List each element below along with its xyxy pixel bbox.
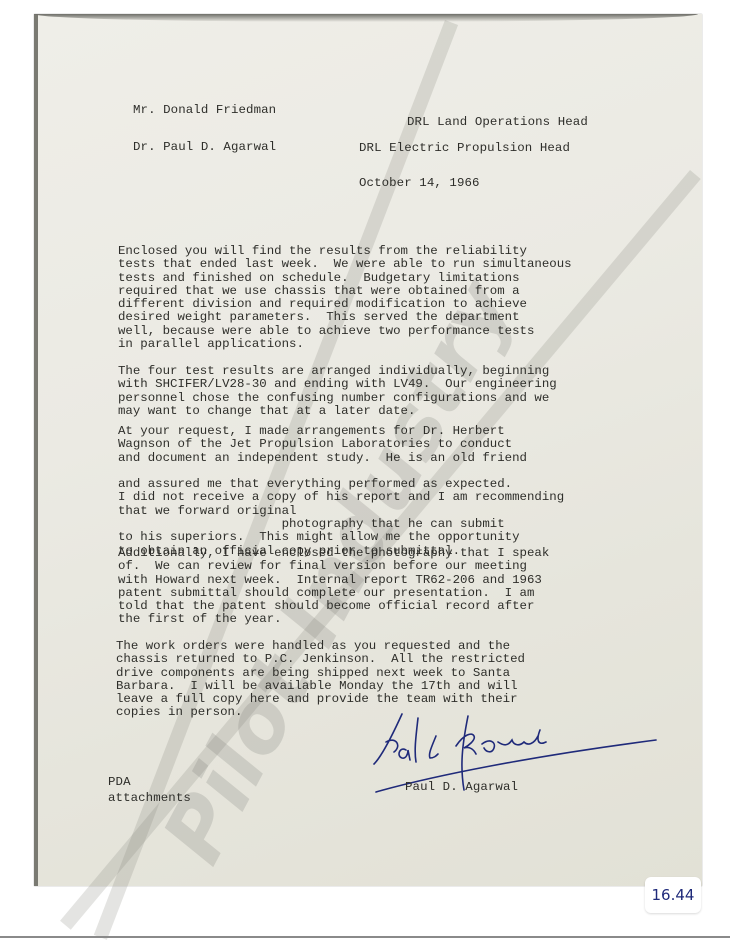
body-paragraph-1: Enclosed you will find the results from … [118, 245, 572, 351]
bottom-rule [0, 936, 730, 938]
typed-signature-name: Paul D. Agarwal [405, 781, 518, 794]
enclosure-note: attachments [108, 792, 191, 805]
sender-name: Dr. Paul D. Agarwal [133, 141, 276, 154]
recipient-name: Mr. Donald Friedman [133, 104, 276, 117]
body-paragraph-2: The four test results are arranged indiv… [118, 365, 557, 418]
body-paragraph-3: At your request, I made arrangements for… [118, 425, 564, 558]
sender-title: DRL Electric Propulsion Head [359, 142, 570, 155]
page-number-tag: 16.44 [645, 877, 701, 913]
letter-date: October 14, 1966 [359, 177, 480, 190]
body-paragraph-4: Additionally, I have enclosed the photog… [118, 547, 549, 627]
recipient-title: DRL Land Operations Head [407, 116, 588, 129]
typist-initials: PDA [108, 776, 131, 789]
